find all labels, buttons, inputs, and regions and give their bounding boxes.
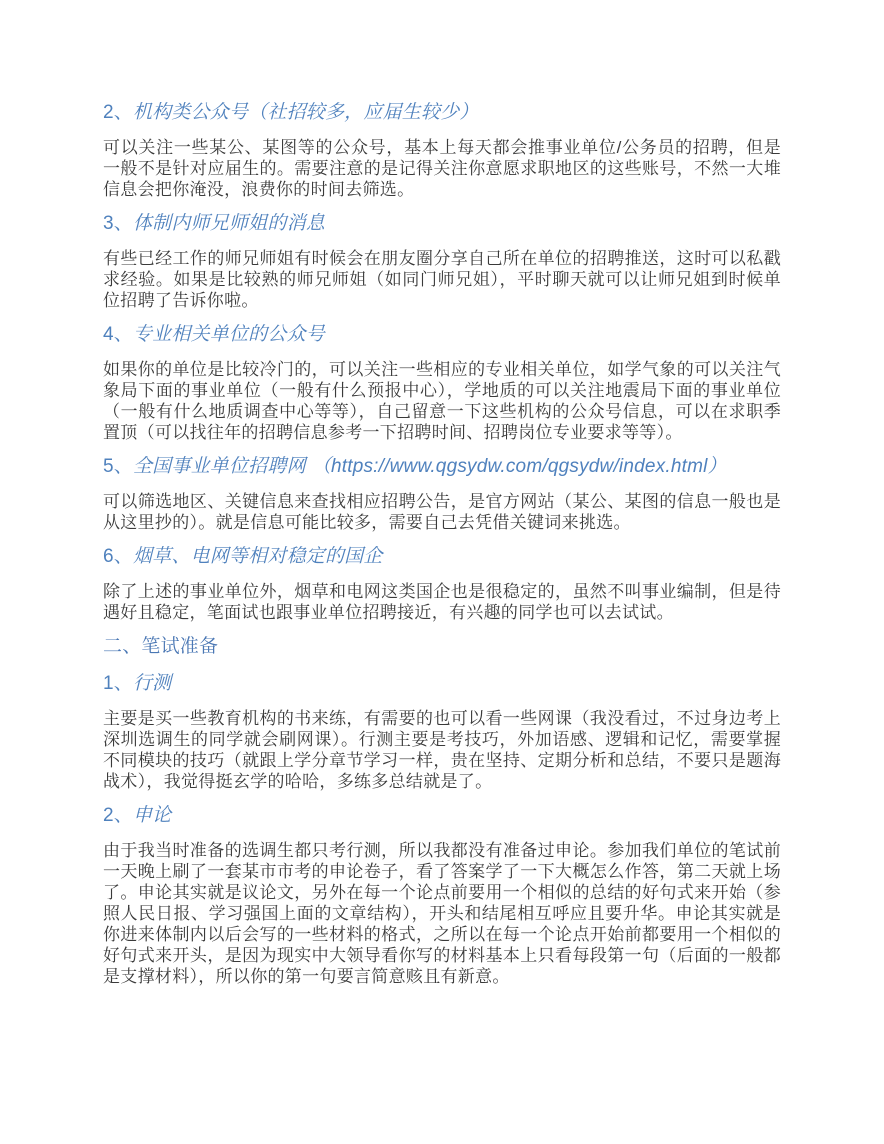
heading-title: 申论 (133, 805, 171, 826)
paren-open: （ (312, 456, 331, 477)
heading-number: 6、 (103, 546, 133, 567)
paragraph-essay-test: 由于我当时准备的选调生都只考行测，所以我都没有准备过申论。参加我们单位的笔试前一… (103, 840, 781, 987)
heading-number: 二、 (103, 636, 141, 657)
section-stable-state-enterprises: 6、烟草、电网等相对稳定的国企 除了上述的事业单位外，烟草和电网这类国企也是很稳… (103, 544, 781, 623)
heading-title: 机构类公众号（社招较多，应届生较少） (133, 102, 479, 123)
paragraph-stable-state-enterprises: 除了上述的事业单位外，烟草和电网这类国企也是很稳定的，虽然不叫事业编制，但是待遇… (103, 581, 781, 623)
paragraph-org-public-accounts: 可以关注一些某公、某图等的公众号，基本上每天都会推事业单位/公务员的招聘，但是一… (103, 137, 781, 200)
section-national-recruitment-site: 5、全国事业单位招聘网（https://www.qgsydw.com/qgsyd… (103, 454, 781, 533)
section-heading-national-recruitment-site: 5、全国事业单位招聘网（https://www.qgsydw.com/qgsyd… (103, 454, 781, 479)
heading-title: 体制内师兄师姐的消息 (133, 213, 325, 234)
heading-number: 1、 (103, 673, 133, 694)
document-page: 2、机构类公众号（社招较多，应届生较少） 可以关注一些某公、某图等的公众号，基本… (0, 0, 884, 1144)
section-heading-aptitude-test: 1、行测 (103, 671, 781, 696)
heading-number: 4、 (103, 324, 133, 345)
section-written-exam-prep: 二、笔试准备 (103, 634, 781, 659)
section-heading-org-public-accounts: 2、机构类公众号（社招较多，应届生较少） (103, 100, 781, 125)
paragraph-national-recruitment-site: 可以筛选地区、关键信息来查找相应招聘公告，是官方网站（某公、某图的信息一般也是从… (103, 491, 781, 533)
section-org-public-accounts: 2、机构类公众号（社招较多，应届生较少） 可以关注一些某公、某图等的公众号，基本… (103, 100, 781, 200)
heading-title: 全国事业单位招聘网 (133, 456, 306, 477)
section-aptitude-test: 1、行测 主要是买一些教育机构的书来练，有需要的也可以看一些网课（我没看过，不过… (103, 671, 781, 792)
heading-title: 烟草、电网等相对稳定的国企 (133, 546, 383, 567)
main-heading-written-exam-prep: 二、笔试准备 (103, 634, 781, 659)
section-heading-stable-state-enterprises: 6、烟草、电网等相对稳定的国企 (103, 544, 781, 569)
paragraph-major-related-accounts: 如果你的单位是比较冷门的，可以关注一些相应的专业相关单位，如学气象的可以关注气象… (103, 359, 781, 443)
paragraph-aptitude-test: 主要是买一些教育机构的书来练，有需要的也可以看一些网课（我没看过，不过身边考上深… (103, 708, 781, 792)
section-senior-alumni-news: 3、体制内师兄师姐的消息 有些已经工作的师兄师姐有时候会在朋友圈分享自己所在单位… (103, 211, 781, 311)
heading-number: 2、 (103, 805, 133, 826)
paragraph-senior-alumni-news: 有些已经工作的师兄师姐有时候会在朋友圈分享自己所在单位的招聘推送，这时可以私戳求… (103, 248, 781, 311)
paren-close: ） (708, 456, 727, 477)
section-heading-essay-test: 2、申论 (103, 803, 781, 828)
heading-number: 3、 (103, 213, 133, 234)
section-essay-test: 2、申论 由于我当时准备的选调生都只考行测，所以我都没有准备过申论。参加我们单位… (103, 803, 781, 987)
heading-title: 行测 (133, 673, 171, 694)
section-heading-senior-alumni-news: 3、体制内师兄师姐的消息 (103, 211, 781, 236)
section-major-related-accounts: 4、专业相关单位的公众号 如果你的单位是比较冷门的，可以关注一些相应的专业相关单… (103, 322, 781, 443)
heading-title: 专业相关单位的公众号 (133, 324, 325, 345)
qgsydw-link[interactable]: https://www.qgsydw.com/qgsydw/index.html (331, 456, 708, 477)
heading-number: 5、 (103, 456, 133, 477)
heading-title: 笔试准备 (141, 636, 218, 657)
heading-number: 2、 (103, 102, 133, 123)
section-heading-major-related-accounts: 4、专业相关单位的公众号 (103, 322, 781, 347)
